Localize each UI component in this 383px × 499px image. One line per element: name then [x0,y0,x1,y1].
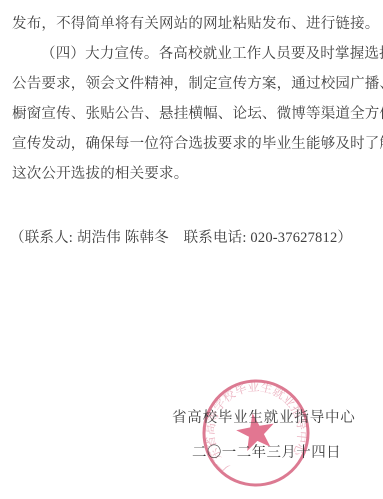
body-text-line: 宣传发动，确保每一位符合选拔要求的毕业生能够及时了解 [12,135,383,153]
body-text-line: 橱窗宣传、张贴公告、悬挂横幅、论坛、微博等渠道全方位 [12,105,383,123]
scanned-document-page: 发布，不得简单将有关网站的网址粘贴发布、进行链接。 （四）大力宣传。各高校就业工… [0,0,383,499]
document-date: 二〇一二年三月十四日 [192,444,341,462]
body-text-line: 发布，不得简单将有关网站的网址粘贴发布、进行链接。 [12,15,380,33]
seal-graphic: 广东省高等学校毕业生就业指导中心 [192,369,319,496]
body-text-line: 这次公开选拔的相关要求。 [12,165,188,183]
official-seal-stamp: 广东省高等学校毕业生就业指导中心 [192,369,319,496]
body-text-line: 公告要求，领会文件精神，制定宣传方案，通过校园广播、 [12,75,383,93]
issuing-authority-signature: 省高校毕业生就业指导中心 [172,409,356,427]
body-text-line: （四）大力宣传。各高校就业工作人员要及时掌握选拔 [41,45,383,63]
contact-info-line: （联系人: 胡浩伟 陈韩冬 联系电话: 020-37627812） [10,229,352,247]
